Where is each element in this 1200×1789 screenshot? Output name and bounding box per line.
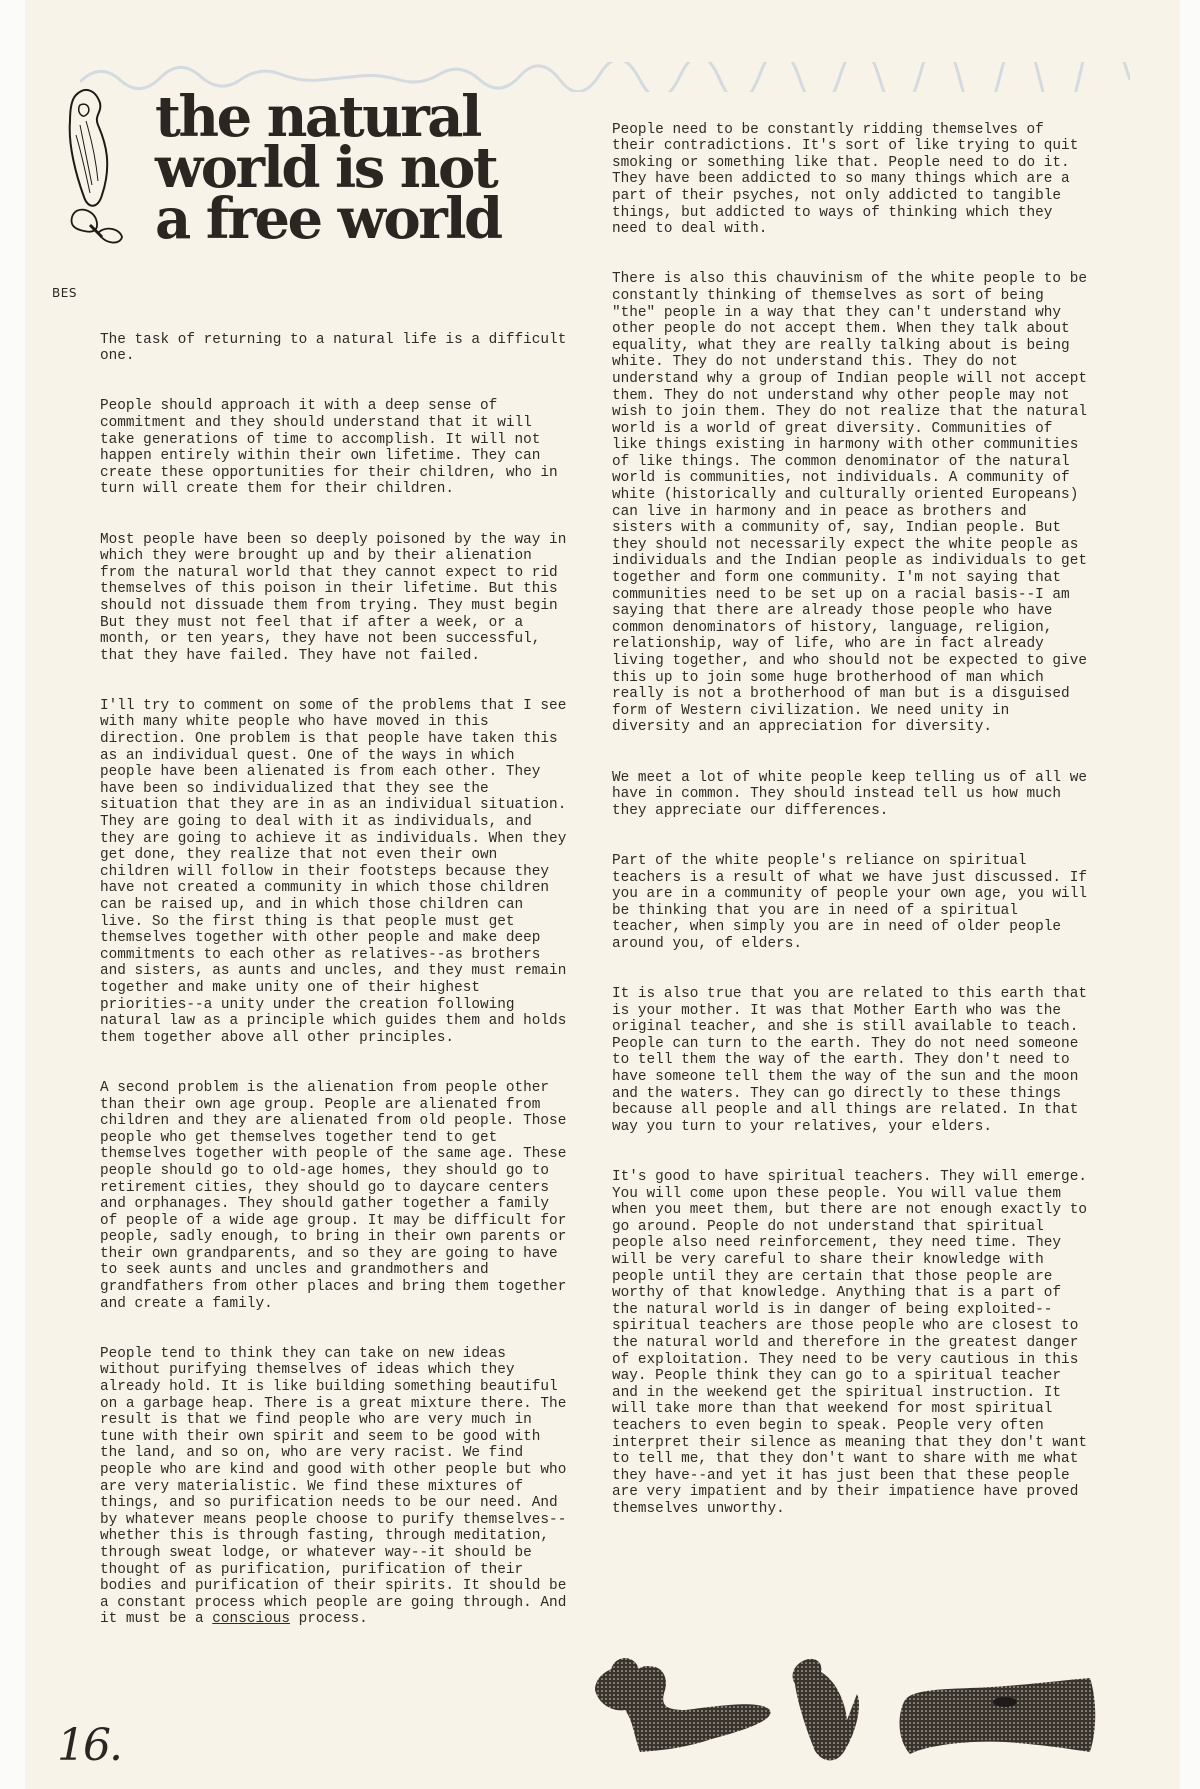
paragraph: It's good to have spiritual teachers. Th…	[612, 1169, 1092, 1517]
left-column: The task of returning to a natural life …	[100, 315, 570, 1662]
stone-artifacts-illustration	[585, 1650, 1100, 1770]
title-line: a free world	[155, 194, 575, 245]
paragraph-text: People tend to think they can take on ne…	[100, 1346, 566, 1628]
paragraph: People need to be constantly ridding the…	[612, 122, 1092, 238]
article-title: the natural world is not a free world	[155, 92, 575, 245]
paragraph: I'll try to comment on some of the probl…	[100, 698, 570, 1046]
page-number: 16.	[57, 1720, 121, 1771]
paragraph: Most people have been so deeply poisoned…	[100, 532, 570, 665]
emphasized-word: conscious	[212, 1611, 290, 1627]
paragraph-end: process.	[290, 1611, 368, 1627]
paragraph: A second problem is the alienation from …	[100, 1080, 570, 1312]
paragraph: Part of the white people's reliance on s…	[612, 853, 1092, 953]
paragraph: It is also true that you are related to …	[612, 986, 1092, 1135]
artist-signature: BES	[52, 286, 77, 300]
right-column: People need to be constantly ridding the…	[612, 105, 1092, 1551]
paragraph: We meet a lot of white people keep telli…	[612, 770, 1092, 820]
paragraph: The task of returning to a natural life …	[100, 332, 570, 365]
paragraph-last: People tend to think they can take on ne…	[100, 1346, 570, 1628]
plant-illustration	[62, 85, 157, 245]
paragraph: There is also this chauvinism of the whi…	[612, 271, 1092, 736]
paragraph: People should approach it with a deep se…	[100, 398, 570, 498]
